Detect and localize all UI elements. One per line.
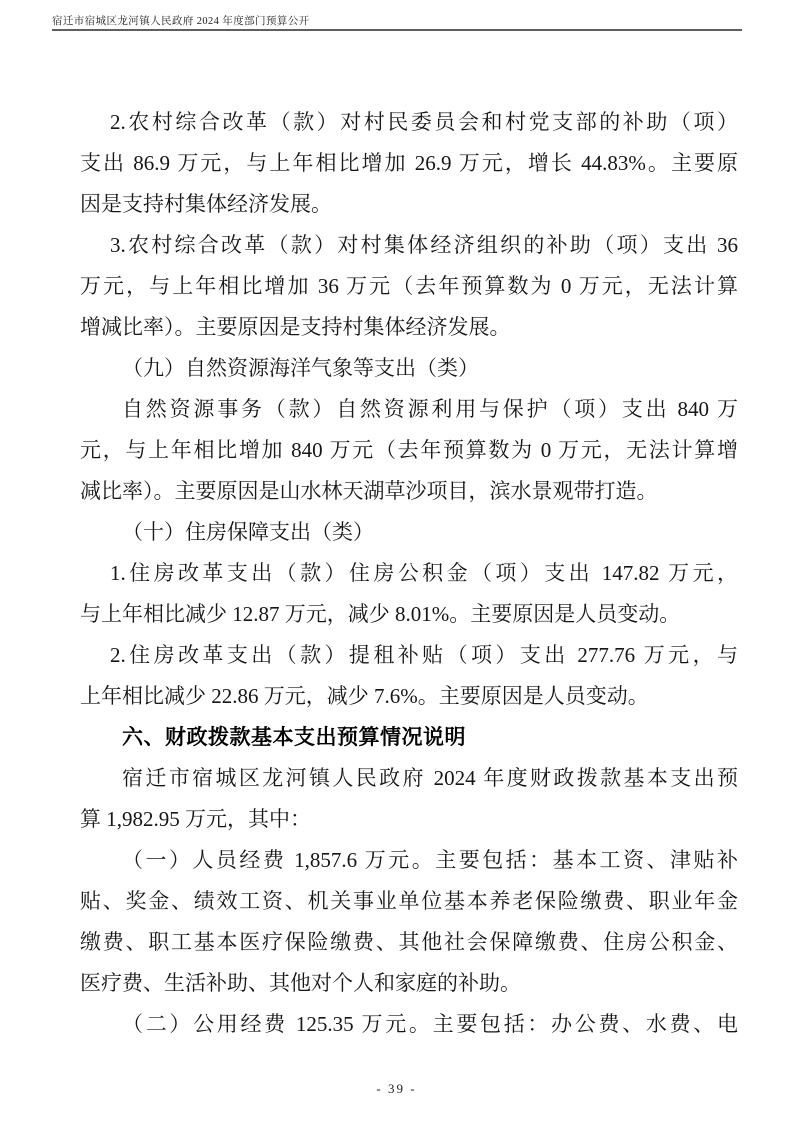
document-body: 2.农村综合改革（款）对村民委员会和村党支部的补助（项）支出 86.9 万元，与… bbox=[80, 102, 738, 1045]
text-line: 算 1,982.95 万元，其中： bbox=[80, 799, 738, 840]
text-line: 缴费、职工基本医疗保险缴费、其他社会保障缴费、住房公积金、 bbox=[80, 922, 738, 963]
paragraph: 宿迁市宿城区龙河镇人民政府 2024 年度财政拨款基本支出预算 1,982.95… bbox=[80, 758, 738, 840]
text-line: 增减比率）。主要原因是支持村集体经济发展。 bbox=[80, 307, 738, 348]
document-page: 宿迁市宿城区龙河镇人民政府 2024 年度部门预算公开 2.农村综合改革（款）对… bbox=[0, 0, 793, 1122]
text-line: 元，与上年相比增加 840 万元（去年预算数为 0 万元，无法计算增 bbox=[80, 430, 738, 471]
text-line: 支出 86.9 万元，与上年相比增加 26.9 万元，增长 44.83%。主要原 bbox=[80, 143, 738, 184]
text-line: （十）住房保障支出（类） bbox=[80, 512, 738, 553]
text-line: 宿迁市宿城区龙河镇人民政府 2024 年度财政拨款基本支出预 bbox=[80, 758, 738, 799]
text-line: 医疗费、生活补助、其他对个人和家庭的补助。 bbox=[80, 963, 738, 1004]
paragraph: （一）人员经费 1,857.6 万元。主要包括：基本工资、津贴补贴、奖金、绩效工… bbox=[80, 840, 738, 1004]
text-line: （九）自然资源海洋气象等支出（类） bbox=[80, 348, 738, 389]
text-line: 因是支持村集体经济发展。 bbox=[80, 184, 738, 225]
paragraph: （九）自然资源海洋气象等支出（类） bbox=[80, 348, 738, 389]
paragraph: 2.农村综合改革（款）对村民委员会和村党支部的补助（项）支出 86.9 万元，与… bbox=[80, 102, 738, 225]
header-rule bbox=[52, 29, 742, 31]
page-header-title: 宿迁市宿城区龙河镇人民政府 2024 年度部门预算公开 bbox=[52, 13, 742, 28]
text-line: 上年相比减少 22.86 万元，减少 7.6%。主要原因是人员变动。 bbox=[80, 676, 738, 717]
text-line: 与上年相比减少 12.87 万元，减少 8.01%。主要原因是人员变动。 bbox=[80, 594, 738, 635]
paragraph: 3.农村综合改革（款）对村集体经济组织的补助（项）支出 36万元，与上年相比增加… bbox=[80, 225, 738, 348]
text-line: 3.农村综合改革（款）对村集体经济组织的补助（项）支出 36 bbox=[80, 225, 738, 266]
text-line: 六、财政拨款基本支出预算情况说明 bbox=[80, 717, 738, 758]
text-line: 1.住房改革支出（款）住房公积金（项）支出 147.82 万元， bbox=[80, 553, 738, 594]
paragraph: （十）住房保障支出（类） bbox=[80, 512, 738, 553]
text-line: （一）人员经费 1,857.6 万元。主要包括：基本工资、津贴补 bbox=[80, 840, 738, 881]
text-line: 减比率）。主要原因是山水林天湖草沙项目，滨水景观带打造。 bbox=[80, 471, 738, 512]
paragraph: 自然资源事务（款）自然资源利用与保护（项）支出 840 万元，与上年相比增加 8… bbox=[80, 389, 738, 512]
text-line: （二）公用经费 125.35 万元。主要包括：办公费、水费、电 bbox=[80, 1004, 738, 1045]
text-line: 2.住房改革支出（款）提租补贴（项）支出 277.76 万元，与 bbox=[80, 635, 738, 676]
paragraph: 2.住房改革支出（款）提租补贴（项）支出 277.76 万元，与上年相比减少 2… bbox=[80, 635, 738, 717]
section-heading: 六、财政拨款基本支出预算情况说明 bbox=[80, 717, 738, 758]
text-line: 贴、奖金、绩效工资、机关事业单位基本养老保险缴费、职业年金 bbox=[80, 881, 738, 922]
text-line: 自然资源事务（款）自然资源利用与保护（项）支出 840 万 bbox=[80, 389, 738, 430]
page-number: - 39 - bbox=[0, 1081, 793, 1097]
paragraph: （二）公用经费 125.35 万元。主要包括：办公费、水费、电 bbox=[80, 1004, 738, 1045]
text-line: 万元，与上年相比增加 36 万元（去年预算数为 0 万元，无法计算 bbox=[80, 266, 738, 307]
text-line: 2.农村综合改革（款）对村民委员会和村党支部的补助（项） bbox=[80, 102, 738, 143]
paragraph: 1.住房改革支出（款）住房公积金（项）支出 147.82 万元，与上年相比减少 … bbox=[80, 553, 738, 635]
